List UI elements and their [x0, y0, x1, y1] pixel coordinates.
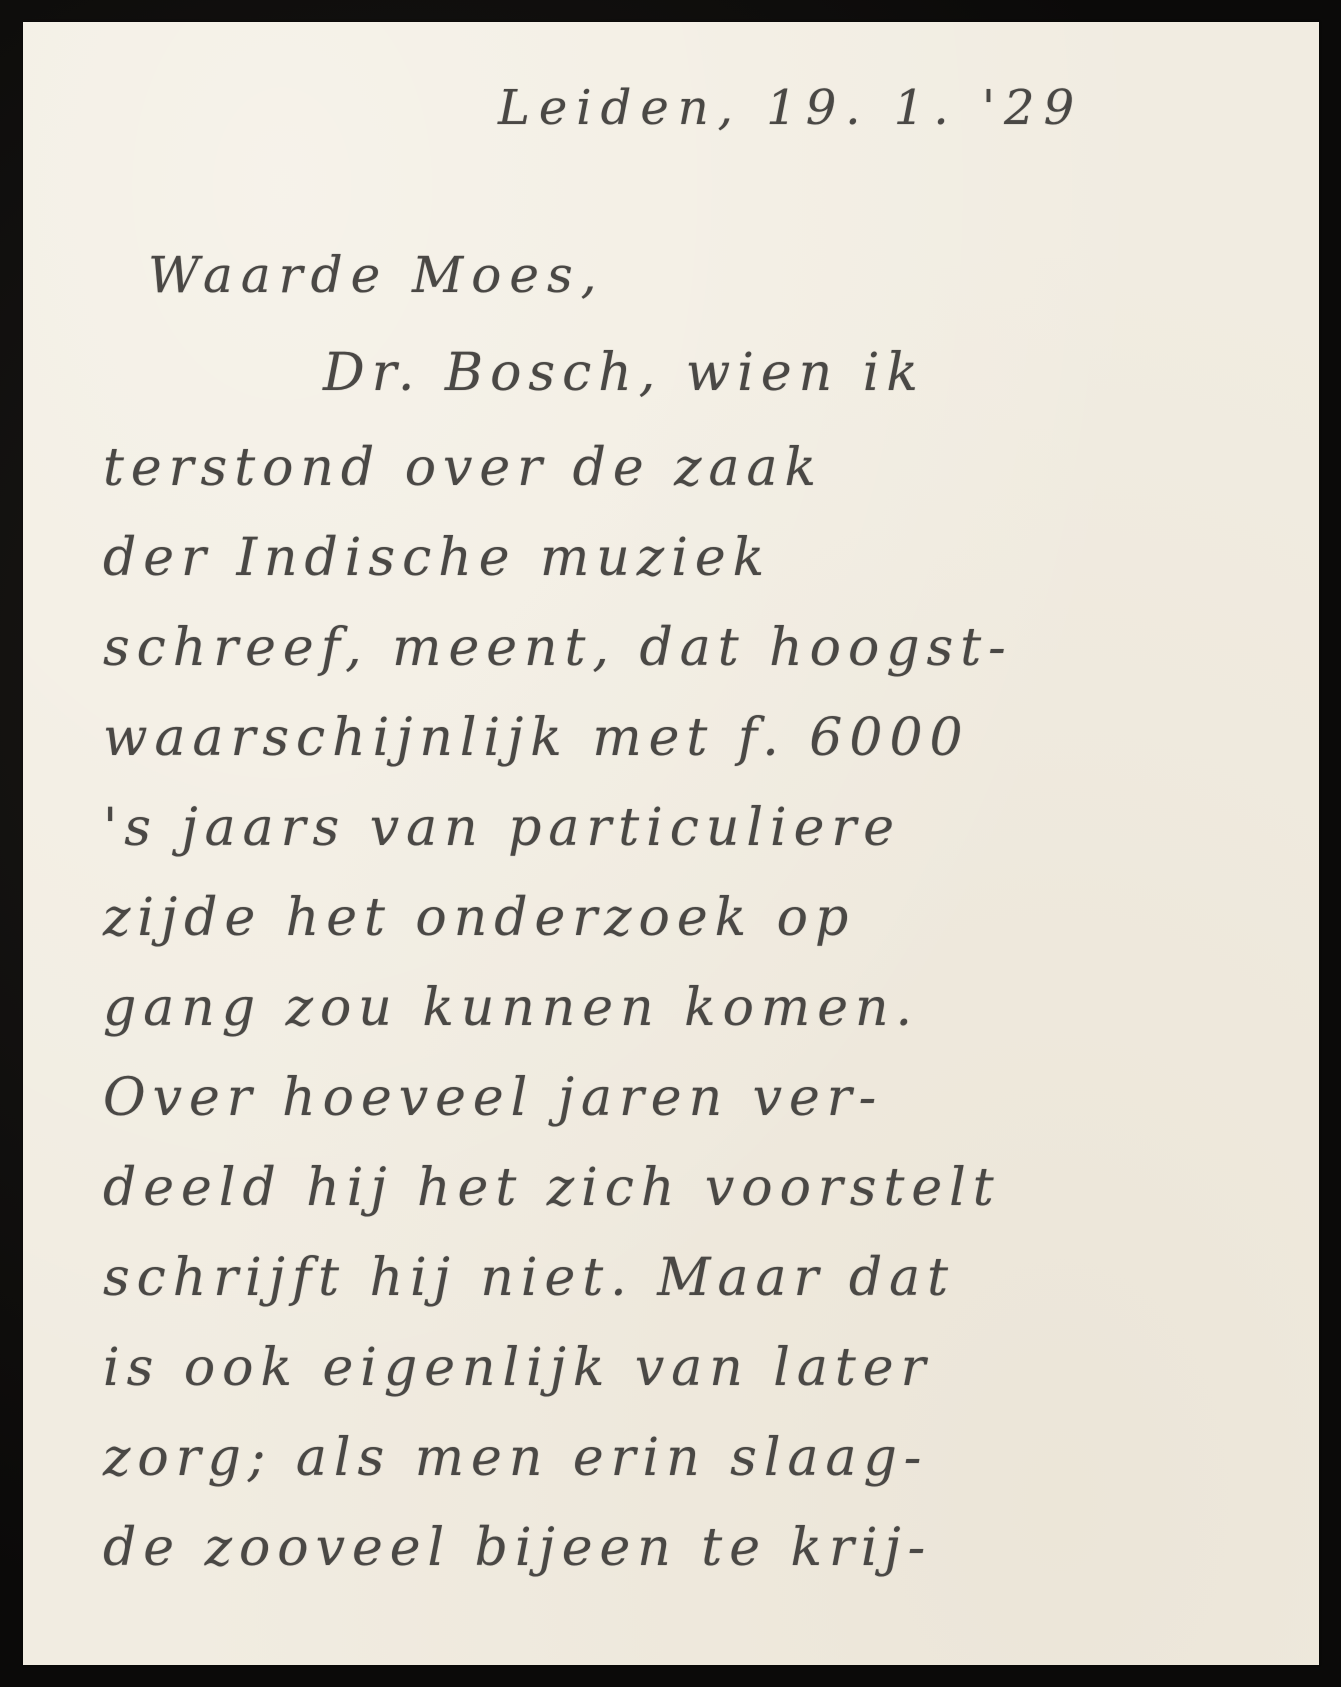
body-line-8: gang zou kunnen komen. — [103, 982, 919, 1034]
body-line-11: schrijft hij niet. Maar dat — [103, 1252, 955, 1304]
salutation: Waarde Moes, — [148, 250, 605, 300]
body-line-1: Dr. Bosch, wien ik — [323, 347, 925, 399]
body-line-5: waarschijnlijk met f. 6000 — [103, 712, 970, 764]
body-line-7: zijde het onderzoek op — [103, 892, 855, 944]
body-line-6: 's jaars van particuliere — [103, 802, 901, 854]
body-line-3: der Indische muziek — [103, 532, 771, 584]
body-line-9: Over hoeveel jaren ver- — [103, 1072, 883, 1124]
dateline: Leiden, 19. 1. '29 — [498, 84, 1083, 132]
body-line-13: zorg; als men erin slaag- — [103, 1432, 928, 1484]
body-line-14: de zooveel bijeen te krij- — [103, 1522, 932, 1574]
body-line-2: terstond over de zaak — [103, 442, 823, 494]
letter-page: Leiden, 19. 1. '29 Waarde Moes, Dr. Bosc… — [23, 22, 1319, 1665]
body-line-10: deeld hij het zich voorstelt — [103, 1162, 1001, 1214]
body-line-4: schreef, meent, dat hoogst- — [103, 622, 1013, 674]
body-line-12: is ook eigenlijk van later — [103, 1342, 932, 1394]
scan-background: Leiden, 19. 1. '29 Waarde Moes, Dr. Bosc… — [0, 0, 1341, 1687]
